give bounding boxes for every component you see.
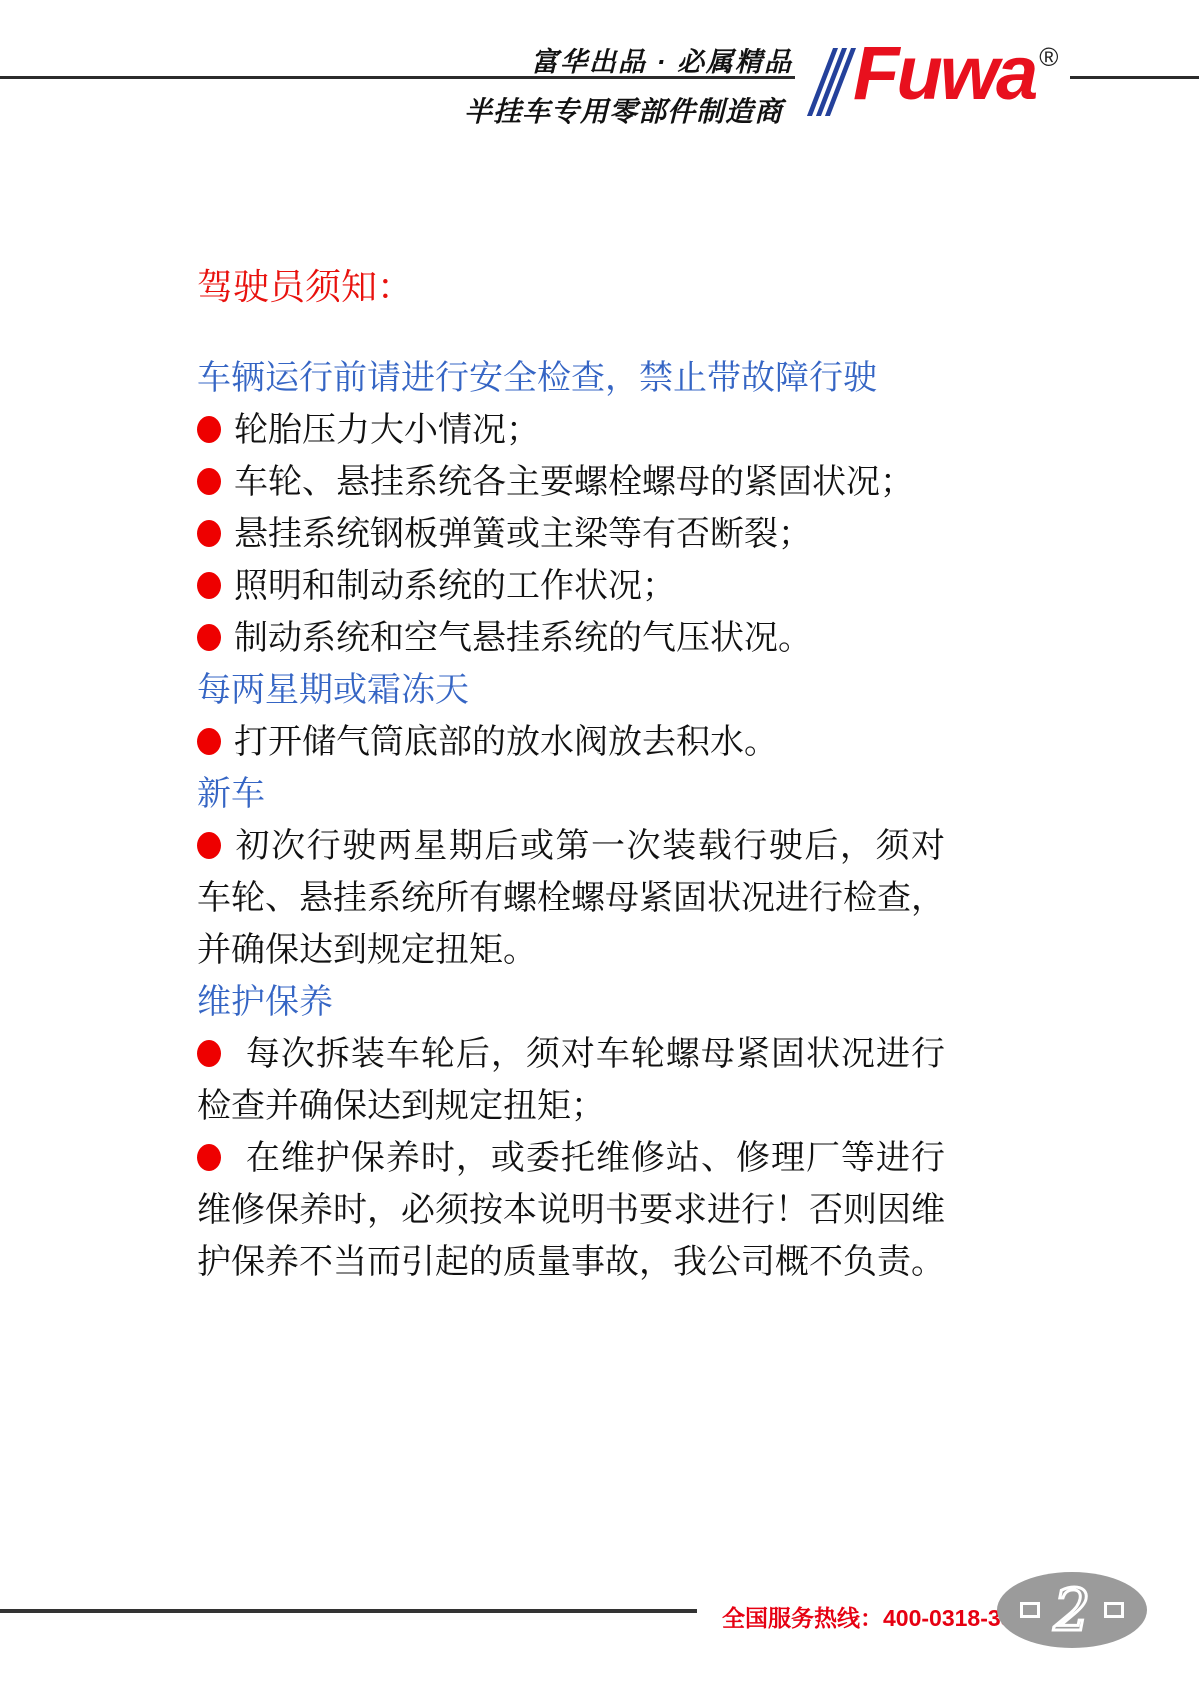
header-slogan-top: 富华出品 · 必属精品 xyxy=(531,40,793,79)
bullet-item: 轮胎压力大小情况； xyxy=(197,404,945,456)
badge-square-icon xyxy=(1104,1602,1124,1618)
bullet-item: 车轮、悬挂系统各主要螺栓螺母的紧固状况； xyxy=(197,456,945,508)
page-content: 驾驶员须知： 车辆运行前请进行安全检查，禁止带故障行驶 轮胎压力大小情况； 车轮… xyxy=(197,262,945,1288)
registered-trademark-icon: ® xyxy=(1039,42,1058,73)
section-heading: 车辆运行前请进行安全检查，禁止带故障行驶 xyxy=(197,352,945,404)
bullet-text: 每次拆装车轮后，须对车轮螺母紧固状况进行检查并确保达到规定扭矩； xyxy=(197,1034,945,1126)
badge-square-icon xyxy=(1020,1602,1040,1618)
bullet-dot-icon xyxy=(197,832,221,859)
section-safety-check: 车辆运行前请进行安全检查，禁止带故障行驶 轮胎压力大小情况； 车轮、悬挂系统各主… xyxy=(197,352,945,664)
logo-stripes-icon xyxy=(820,48,847,116)
bullet-item: 制动系统和空气悬挂系统的气压状况。 xyxy=(197,612,945,664)
bullet-dot-icon xyxy=(197,572,221,599)
section-new-vehicle: 新车 初次行驶两星期后或第一次装载行驶后，须对车轮、悬挂系统所有螺栓螺母紧固状况… xyxy=(197,768,945,976)
bullet-dot-icon xyxy=(197,624,221,651)
bullet-item: 照明和制动系统的工作状况； xyxy=(197,560,945,612)
page-number-badge: 2 xyxy=(997,1572,1147,1648)
bullet-dot-icon xyxy=(197,416,221,443)
bullet-item: 打开储气筒底部的放水阀放去积水。 xyxy=(197,716,945,768)
bullet-text: 打开储气筒底部的放水阀放去积水。 xyxy=(234,722,778,762)
bullet-item: 每次拆装车轮后，须对车轮螺母紧固状况进行检查并确保达到规定扭矩； xyxy=(197,1028,945,1132)
bullet-text: 照明和制动系统的工作状况； xyxy=(234,566,676,606)
bullet-dot-icon xyxy=(197,1040,221,1067)
bullet-text: 在维护保养时，或委托维修站、修理厂等进行维修保养时，必须按本说明书要求进行！否则… xyxy=(197,1138,945,1282)
page-title: 驾驶员须知： xyxy=(197,262,945,314)
footer-rule xyxy=(0,1609,697,1613)
section-heading: 维护保养 xyxy=(197,976,945,1028)
section-heading: 新车 xyxy=(197,768,945,820)
bullet-item: 在维护保养时，或委托维修站、修理厂等进行维修保养时，必须按本说明书要求进行！否则… xyxy=(197,1132,945,1288)
bullet-dot-icon xyxy=(197,728,221,755)
page-number: 2 xyxy=(1054,1581,1091,1639)
logo-wordmark: Fuwa xyxy=(853,36,1035,112)
bullet-dot-icon xyxy=(197,468,221,495)
manual-page: 富华出品 · 必属精品 半挂车专用零部件制造商 Fuwa ® 驾驶员须知： 车辆… xyxy=(0,0,1199,1685)
bullet-text: 初次行驶两星期后或第一次装载行驶后，须对车轮、悬挂系统所有螺栓螺母紧固状况进行检… xyxy=(197,826,945,970)
bullet-text: 制动系统和空气悬挂系统的气压状况。 xyxy=(234,618,812,658)
header-slogan-bottom: 半挂车专用零部件制造商 xyxy=(464,90,783,130)
fuwa-logo: Fuwa ® xyxy=(820,36,1054,120)
section-biweekly: 每两星期或霜冻天 打开储气筒底部的放水阀放去积水。 xyxy=(197,664,945,768)
service-hotline: 全国服务热线：400-0318-333 xyxy=(722,1600,1026,1633)
bullet-dot-icon xyxy=(197,520,221,547)
bullet-dot-icon xyxy=(197,1144,221,1171)
section-heading: 每两星期或霜冻天 xyxy=(197,664,945,716)
bullet-text: 车轮、悬挂系统各主要螺栓螺母的紧固状况； xyxy=(234,462,914,502)
section-maintenance: 维护保养 每次拆装车轮后，须对车轮螺母紧固状况进行检查并确保达到规定扭矩； 在维… xyxy=(197,976,945,1288)
bullet-item: 悬挂系统钢板弹簧或主梁等有否断裂； xyxy=(197,508,945,560)
header-rule-right xyxy=(1070,76,1199,79)
bullet-item: 初次行驶两星期后或第一次装载行驶后，须对车轮、悬挂系统所有螺栓螺母紧固状况进行检… xyxy=(197,820,945,976)
bullet-text: 轮胎压力大小情况； xyxy=(234,410,540,450)
bullet-text: 悬挂系统钢板弹簧或主梁等有否断裂； xyxy=(234,514,812,554)
